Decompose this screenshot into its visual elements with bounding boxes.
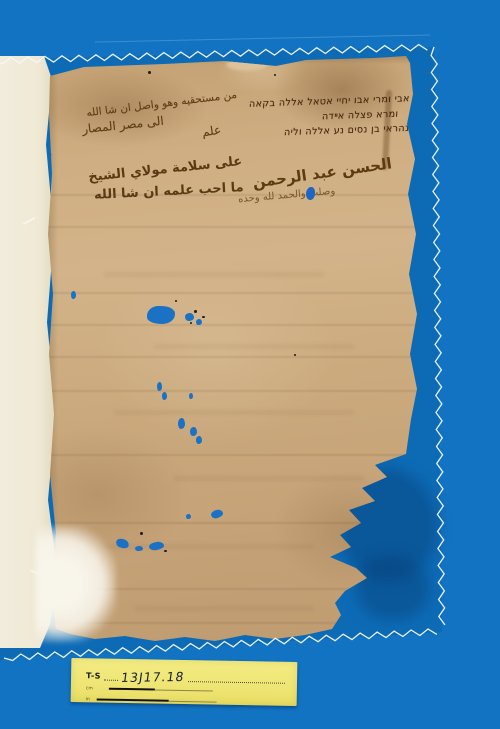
hole bbox=[196, 319, 202, 325]
text-bleed-streak bbox=[134, 606, 314, 611]
arabic-flourish: وصلت والحمد لله وحده bbox=[238, 186, 336, 205]
hole bbox=[178, 418, 185, 429]
hole bbox=[135, 546, 143, 551]
ink-speck bbox=[175, 300, 177, 302]
in-scale-bar-thin bbox=[169, 700, 217, 702]
net-shadow bbox=[356, 556, 430, 620]
scale-bar-cm: cm bbox=[71, 684, 297, 696]
tissue-wisp bbox=[36, 526, 116, 642]
ink-speck bbox=[190, 322, 192, 324]
classmark-prefix: T-S bbox=[86, 671, 101, 680]
text-bleed-streak bbox=[174, 476, 364, 481]
ink-speck bbox=[202, 316, 205, 318]
dotted-line bbox=[188, 671, 285, 684]
fold-crease bbox=[48, 226, 420, 228]
film-edge bbox=[95, 34, 430, 42]
hole bbox=[189, 393, 193, 399]
fold-crease bbox=[48, 356, 420, 358]
classmark-label: T-S 13J17.18 cm in bbox=[71, 658, 298, 706]
photo-canvas: אבי ומרי אבו יחיי אטאל אללה בקאה ומרא פצ… bbox=[0, 0, 500, 729]
hole bbox=[71, 291, 76, 299]
hole bbox=[157, 382, 162, 391]
hole bbox=[186, 514, 191, 519]
ink-speck bbox=[140, 532, 143, 535]
ink-speck bbox=[294, 354, 296, 356]
hole bbox=[210, 509, 224, 520]
fold-crease bbox=[48, 292, 420, 294]
arabic-side-word: علم bbox=[201, 123, 222, 140]
classmark-row: T-S 13J17.18 bbox=[71, 658, 297, 684]
hole bbox=[185, 313, 194, 321]
fold-crease bbox=[48, 390, 420, 392]
text-bleed-streak bbox=[114, 410, 354, 415]
ink-speck bbox=[164, 550, 167, 552]
scale-bar-in: in bbox=[71, 695, 297, 707]
in-scale-bar bbox=[97, 698, 169, 702]
ink-speck bbox=[274, 74, 276, 76]
classmark-number: 13J17.18 bbox=[120, 669, 185, 685]
fold-crease bbox=[48, 324, 420, 326]
hole bbox=[149, 541, 165, 551]
hole bbox=[196, 436, 202, 444]
hebrew-line-3: נהראי בן נסים נע אללה וליה bbox=[283, 123, 409, 138]
ink-speck bbox=[148, 71, 151, 74]
cm-scale-bar bbox=[109, 687, 155, 690]
arabic-note-line-2: ما احب علمه ان شا الله bbox=[94, 180, 244, 203]
fold-crease bbox=[48, 454, 420, 456]
hole bbox=[190, 427, 197, 436]
text-bleed-streak bbox=[154, 344, 354, 349]
guard-crease bbox=[22, 217, 35, 225]
cm-unit-label: cm bbox=[86, 686, 95, 691]
dotted-line bbox=[104, 670, 118, 681]
ink-speck bbox=[194, 310, 197, 313]
hole bbox=[147, 306, 175, 324]
hole bbox=[162, 392, 167, 400]
in-unit-label: in bbox=[86, 697, 95, 702]
text-bleed-streak bbox=[104, 272, 324, 277]
cm-scale-bar-thin bbox=[155, 689, 213, 691]
